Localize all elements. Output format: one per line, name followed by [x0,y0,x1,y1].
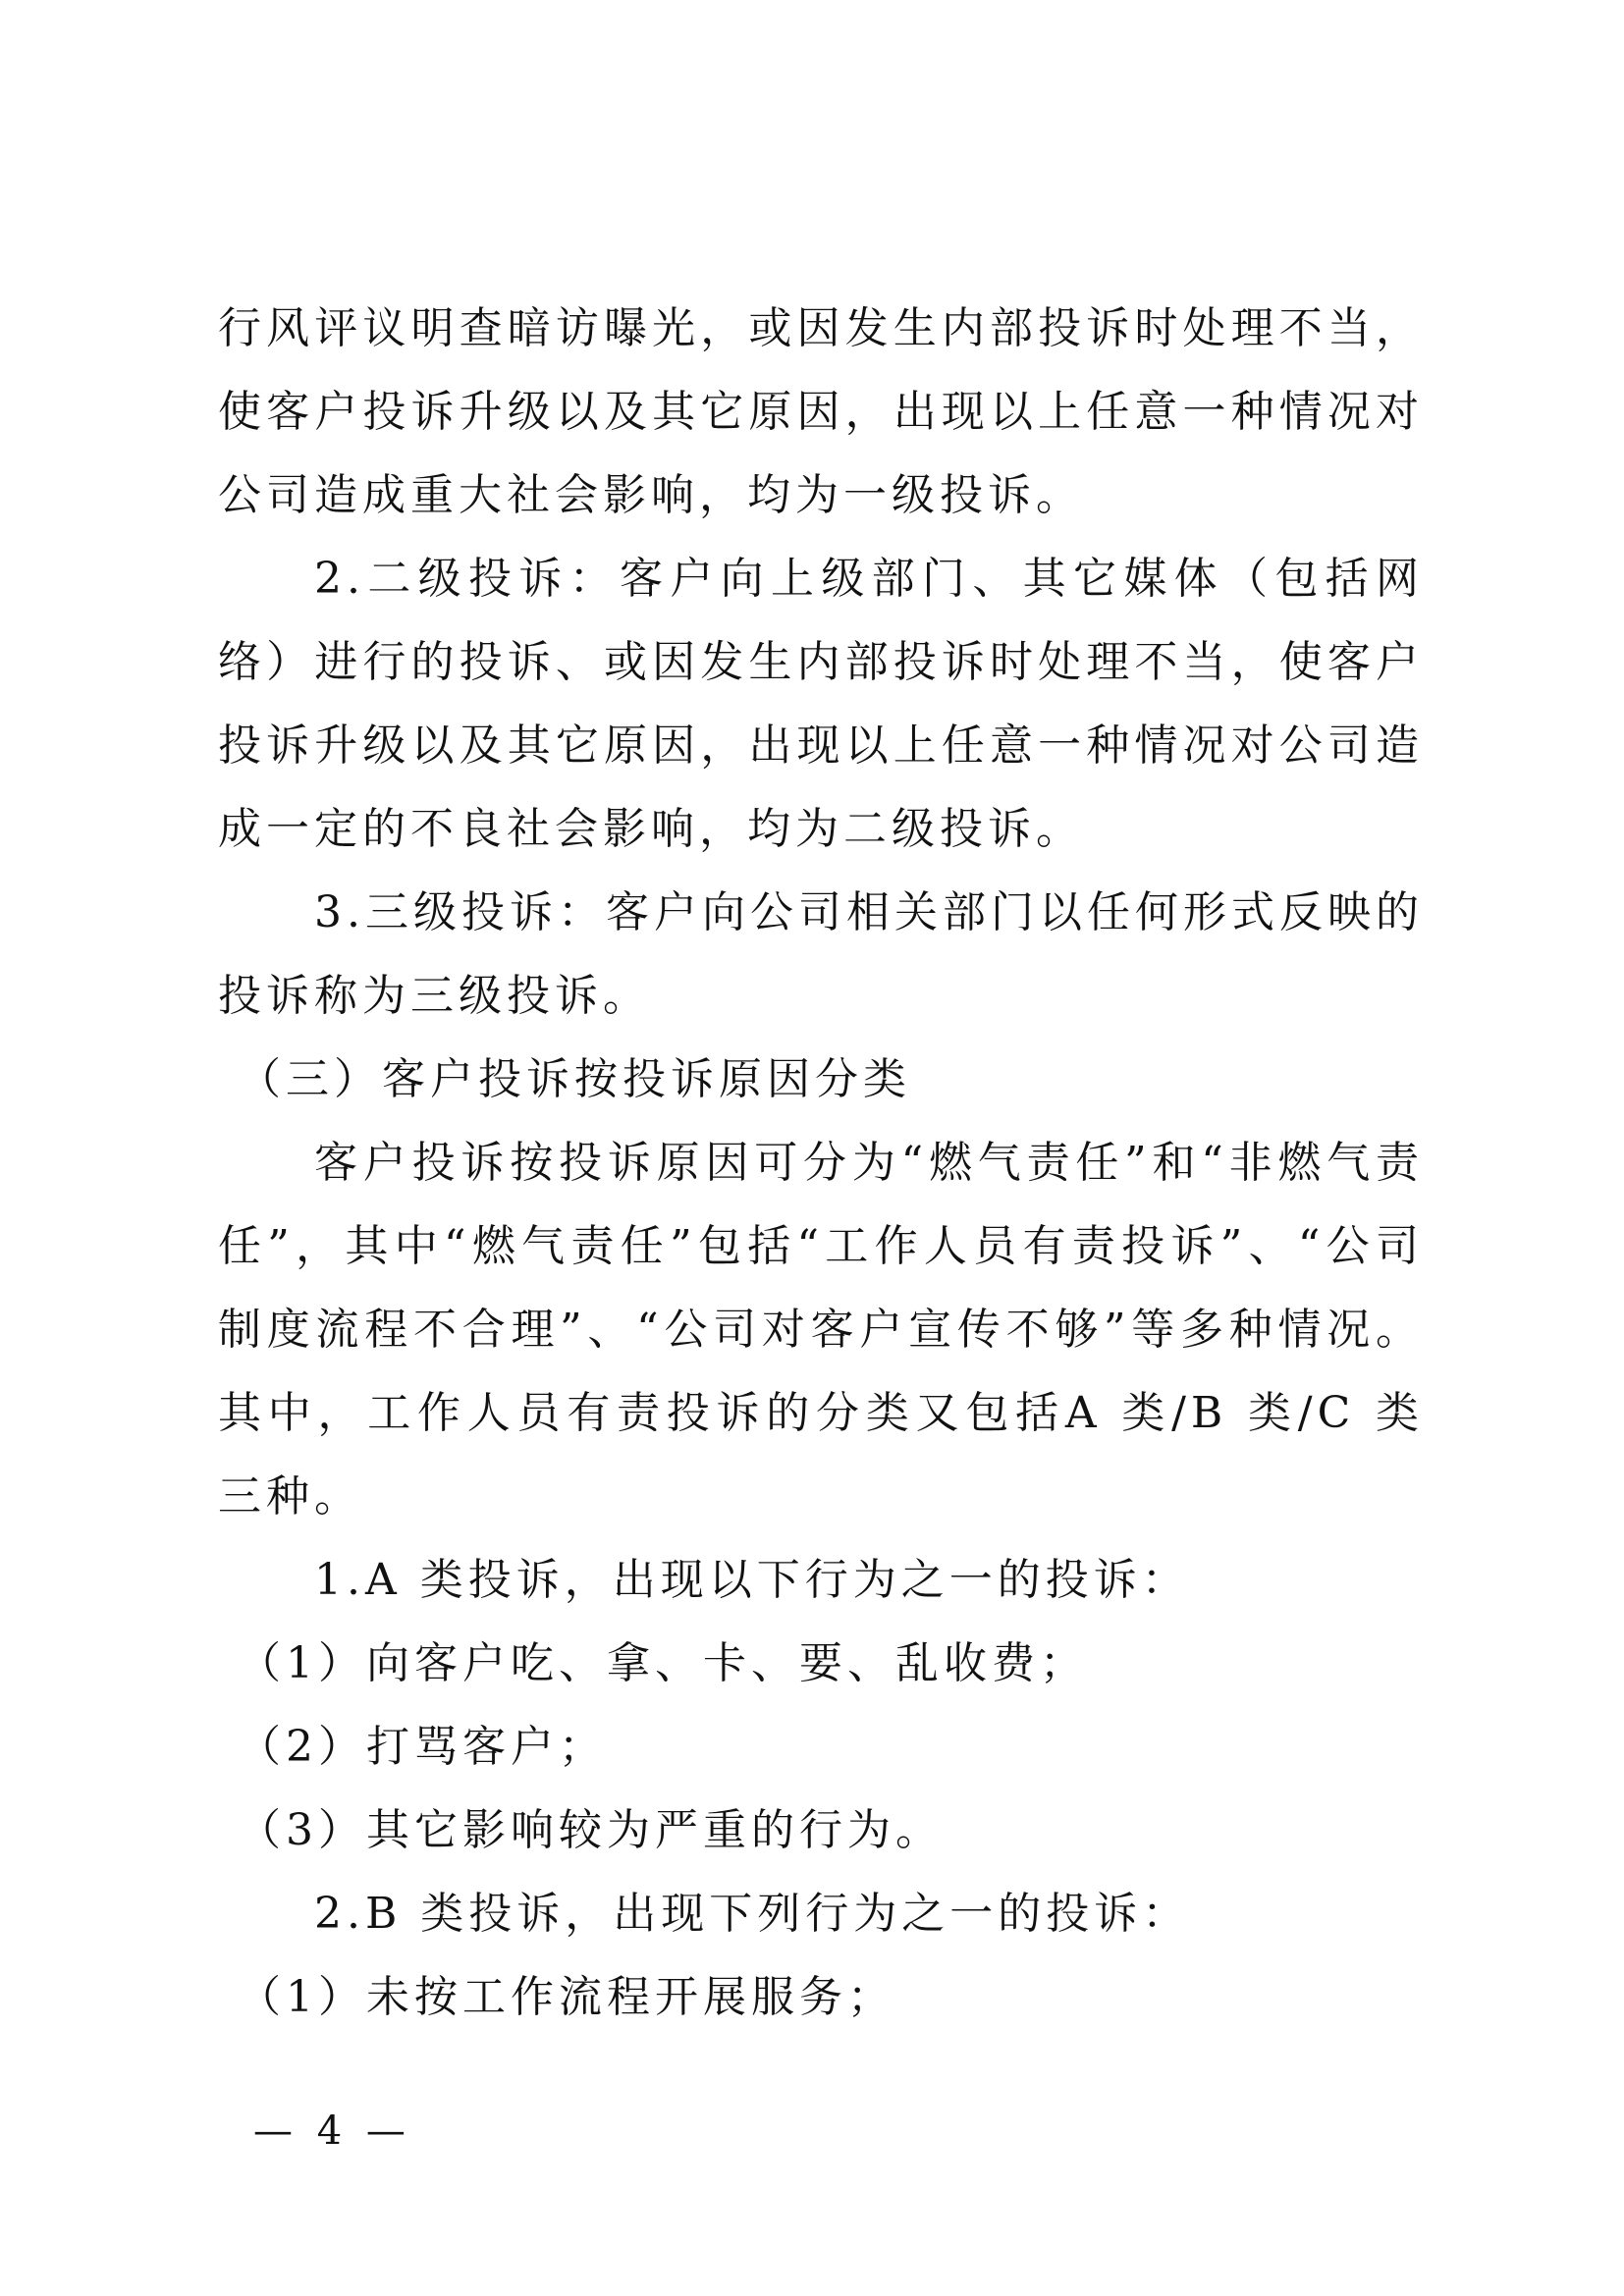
paragraph-cause-classification: 客户投诉按投诉原因可分为“燃气责任”和“非燃气责任”，其中“燃气责任”包括“工作… [218,1121,1424,1538]
document-page: 行风评议明查暗访曝光，或因发生内部投诉时处理不当，使客户投诉升级以及其它原因，出… [0,0,1624,2296]
paragraph-level2-complaint: 2.二级投诉：客户向上级部门、其它媒体（包括网络）进行的投诉、或因发生内部投诉时… [218,537,1424,871]
paragraph-class-b: 2.B 类投诉，出现下列行为之一的投诉： [218,1872,1424,1955]
document-body: 行风评议明查暗访曝光，或因发生内部投诉时处理不当，使客户投诉升级以及其它原因，出… [218,287,1424,2039]
list-item-a1: （1）向客户吃、拿、卡、要、乱收费； [218,1622,1424,1705]
paragraph-level3-complaint: 3.三级投诉：客户向公司相关部门以任何形式反映的投诉称为三级投诉。 [218,871,1424,1038]
list-item-a2: （2）打骂客户； [218,1705,1424,1789]
list-item-a3: （3）其它影响较为严重的行为。 [218,1789,1424,1872]
paragraph-level1-continuation: 行风评议明查暗访曝光，或因发生内部投诉时处理不当，使客户投诉升级以及其它原因，出… [218,287,1424,537]
list-item-b1: （1）未按工作流程开展服务； [218,1955,1424,2039]
paragraph-class-a: 1.A 类投诉，出现以下行为之一的投诉： [218,1538,1424,1622]
page-number: — 4 — [253,2109,411,2154]
section-heading-complaint-causes: （三）客户投诉按投诉原因分类 [218,1038,1424,1121]
